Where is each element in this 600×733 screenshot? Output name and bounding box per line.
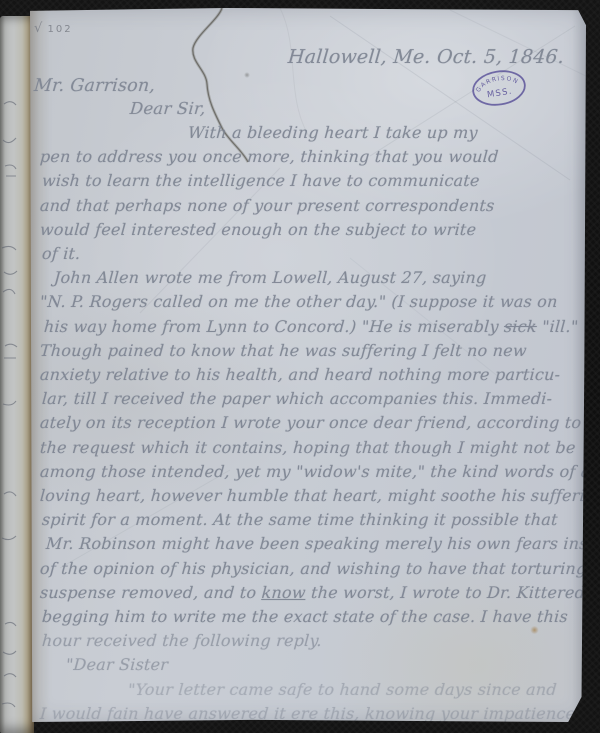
letter-line: ately on its reception I wrote your once… xyxy=(39,413,582,432)
letter-text: "Dear Sister xyxy=(65,655,169,674)
letter-line: With a bleeding heart I take up my xyxy=(187,123,478,142)
manuscript-fragment-strokes xyxy=(0,16,34,733)
letter-text: the worst, I wrote to Dr. Kitteredge xyxy=(305,583,600,602)
letter-text: lar, till I received the paper which acc… xyxy=(41,389,553,408)
letter-text: "ill." xyxy=(536,317,579,336)
letter-line: I would fain have answered it ere this, … xyxy=(39,704,576,723)
letter-line: loving heart, however humble that heart,… xyxy=(39,486,600,505)
letter-word-underline: know xyxy=(261,583,306,602)
letter-line: anxiety relative to his health, and hear… xyxy=(39,365,561,384)
photographed-letter: √ 102 Hallowell, Me. Oct. 5, 1846. Mr. G… xyxy=(0,0,600,733)
letter-text: John Allen wrote me from Lowell, August … xyxy=(53,268,487,287)
letter-text: among those intended, yet my "widow's mi… xyxy=(39,462,591,481)
letter-line: spirit for a moment. At the same time th… xyxy=(41,510,558,529)
letter-text: his way home from Lynn to Concord.) "He … xyxy=(43,317,504,336)
letter-line: would feel interested enough on the subj… xyxy=(39,220,477,239)
letter-page: √ 102 Hallowell, Me. Oct. 5, 1846. Mr. G… xyxy=(30,8,586,722)
letter-line: pen to address you once more, thinking t… xyxy=(39,147,499,166)
letter-text: ately on its reception I wrote your once… xyxy=(39,413,582,432)
letter-text: "Your letter came safe to hand some days… xyxy=(127,680,557,699)
letter-line: suspense removed, and to know the worst,… xyxy=(39,583,600,602)
letter-text: anxiety relative to his health, and hear… xyxy=(39,365,561,384)
letter-line: of the opinion of his physician, and wis… xyxy=(39,559,587,578)
letter-text: loving heart, however humble that heart,… xyxy=(39,486,600,505)
letter-line: "Your letter came safe to hand some days… xyxy=(127,680,557,699)
letter-text: Mr. Robinson might have been speaking me… xyxy=(45,534,600,553)
letter-text: of it. xyxy=(41,244,81,263)
letter-text: With a bleeding heart I take up my xyxy=(187,123,478,142)
letter-text: I would fain have answered it ere this, … xyxy=(39,704,576,723)
letter-body: With a bleeding heart I take up mypen to… xyxy=(30,8,586,722)
letter-line: John Allen wrote me from Lowell, August … xyxy=(53,268,487,287)
letter-line: wish to learn the intelligence I have to… xyxy=(41,171,480,190)
letter-text: begging him to write me the exact state … xyxy=(41,607,568,626)
letter-text: spirit for a moment. At the same time th… xyxy=(41,510,558,529)
letter-text: Though pained to know that he was suffer… xyxy=(39,341,527,360)
letter-line: among those intended, yet my "widow's mi… xyxy=(39,462,591,481)
letter-text: wish to learn the intelligence I have to… xyxy=(41,171,480,190)
letter-line: "N. P. Rogers called on me the other day… xyxy=(39,292,558,311)
letter-line: Mr. Robinson might have been speaking me… xyxy=(45,534,600,553)
letter-text: suspense removed, and to xyxy=(39,583,262,602)
letter-line: "Dear Sister xyxy=(65,655,169,674)
letter-text: and that perhaps none of your present co… xyxy=(39,196,495,215)
letter-text: pen to address you once more, thinking t… xyxy=(39,147,499,166)
letter-text: would feel interested enough on the subj… xyxy=(39,220,477,239)
letter-text: hour received the following reply. xyxy=(41,631,322,650)
letter-text: the request which it contains, hoping th… xyxy=(39,438,576,457)
letter-line: hour received the following reply. xyxy=(41,631,322,650)
letter-line: lar, till I received the paper which acc… xyxy=(41,389,553,408)
letter-line: Though pained to know that he was suffer… xyxy=(39,341,527,360)
letter-text: "N. P. Rogers called on me the other day… xyxy=(39,292,558,311)
letter-line: of it. xyxy=(41,244,81,263)
letter-word-strike: sick xyxy=(503,317,537,336)
letter-line: his way home from Lynn to Concord.) "He … xyxy=(43,317,579,336)
adjacent-page-edge xyxy=(0,16,34,733)
letter-line: and that perhaps none of your present co… xyxy=(39,196,495,215)
letter-line: begging him to write me the exact state … xyxy=(41,607,568,626)
letter-line: the request which it contains, hoping th… xyxy=(39,438,576,457)
letter-text: of the opinion of his physician, and wis… xyxy=(39,559,587,578)
